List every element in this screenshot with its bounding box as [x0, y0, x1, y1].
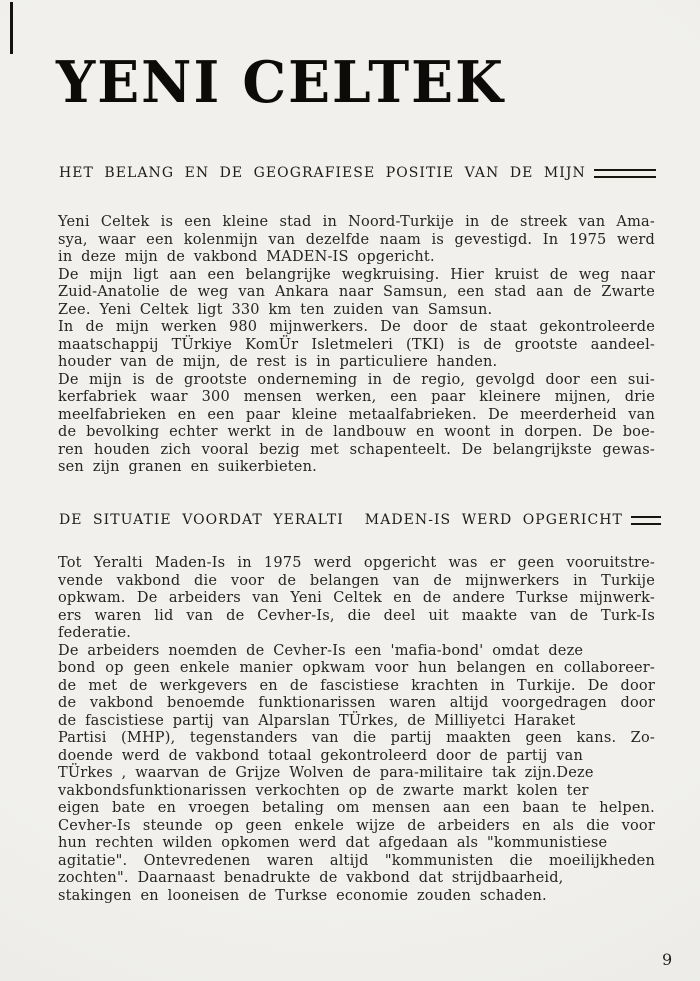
- text-line: vende vakbond die voor de belangen van d…: [58, 573, 655, 591]
- text-line: De mijn ligt aan een belangrijke wegkrui…: [58, 267, 655, 285]
- page-title: YENI CELTEK: [56, 51, 505, 114]
- paragraph-block-belang: Yeni Celtek is een kleine stad in Noord-…: [58, 214, 655, 477]
- text-line: in deze mijn de vakbond MADEN-IS opgeric…: [58, 249, 655, 267]
- page-number: 9: [662, 950, 673, 969]
- document-page: YENI CELTEK HET BELANG EN DE GEOGRAFIESE…: [0, 0, 700, 981]
- text-line: Partisi (MHP), tegenstanders van die par…: [58, 730, 655, 748]
- text-line: federatie.: [58, 625, 655, 643]
- heading-double-rule: [594, 169, 656, 178]
- text-line: Yeni Celtek is een kleine stad in Noord-…: [58, 214, 655, 232]
- text-line: In de mijn werken 980 mijnwerkers. De do…: [58, 319, 655, 337]
- section-heading-belang: HET BELANG EN DE GEOGRAFIESE POSITIE VAN…: [59, 165, 656, 181]
- text-line: zochten". Daarnaast benadrukte de vakbon…: [58, 870, 655, 888]
- text-line: meelfabrieken en een paar kleine metaalf…: [58, 407, 655, 425]
- text-line: ers waren lid van de Cevher-Is, die deel…: [58, 608, 655, 626]
- section-heading-text: HET BELANG EN DE GEOGRAFIESE POSITIE VAN…: [59, 165, 586, 181]
- text-line: Zuid-Anatolie de weg van Ankara naar Sam…: [58, 284, 655, 302]
- text-line: eigen bate en vroegen betaling om mensen…: [58, 800, 655, 818]
- text-line: De arbeiders noemden de Cevher-Is een 'm…: [58, 643, 655, 661]
- text-line: Zee. Yeni Celtek ligt 330 km ten zuiden …: [58, 302, 655, 320]
- text-line: TÜrkes , waarvan de Grijze Wolven de par…: [58, 765, 655, 783]
- text-line: Cevher-Is steunde op geen enkele wijze d…: [58, 818, 655, 836]
- text-line: De mijn is de grootste onderneming in de…: [58, 372, 655, 390]
- text-line: maatschappij TÜrkiye KomÜr Isletmeleri (…: [58, 337, 655, 355]
- paragraph-block-situatie: Tot Yeralti Maden-Is in 1975 werd opgeri…: [58, 555, 655, 905]
- text-line: vakbondsfunktionarissen verkochten op de…: [58, 783, 655, 801]
- text-line: bond op geen enkele manier opkwam voor h…: [58, 660, 655, 678]
- text-line: hun rechten wilden opkomen werd dat afge…: [58, 835, 655, 853]
- text-line: de bevolking echter werkt in de landbouw…: [58, 424, 655, 442]
- text-line: Tot Yeralti Maden-Is in 1975 werd opgeri…: [58, 555, 655, 573]
- text-line: sya, waar een kolenmijn van dezelfde naa…: [58, 232, 655, 250]
- text-line: doende werd de vakbond totaal gekontrole…: [58, 748, 655, 766]
- text-line: de vakbond benoemde funktionarissen ware…: [58, 695, 655, 713]
- text-line: stakingen en looneisen de Turkse economi…: [58, 888, 655, 906]
- text-line: ren houden zich vooral bezig met schapen…: [58, 442, 655, 460]
- text-line: agitatie". Ontevredenen waren altijd "ko…: [58, 853, 655, 871]
- text-line: de fascistiese partij van Alparslan TÜrk…: [58, 713, 655, 731]
- text-line: kerfabriek waar 300 mensen werken, een p…: [58, 389, 655, 407]
- section-heading-text: DE SITUATIE VOORDAT YERALTI MADEN-IS WER…: [59, 512, 623, 528]
- section-heading-situatie: DE SITUATIE VOORDAT YERALTI MADEN-IS WER…: [59, 512, 656, 528]
- text-line: houder van de mijn, de rest is in partic…: [58, 354, 655, 372]
- text-line: opkwam. De arbeiders van Yeni Celtek en …: [58, 590, 655, 608]
- scan-corner-mark: [10, 2, 13, 54]
- text-line: de met de werkgevers en de fascistiese k…: [58, 678, 655, 696]
- text-line: sen zijn granen en suikerbieten.: [58, 459, 655, 477]
- heading-double-rule: [631, 516, 661, 525]
